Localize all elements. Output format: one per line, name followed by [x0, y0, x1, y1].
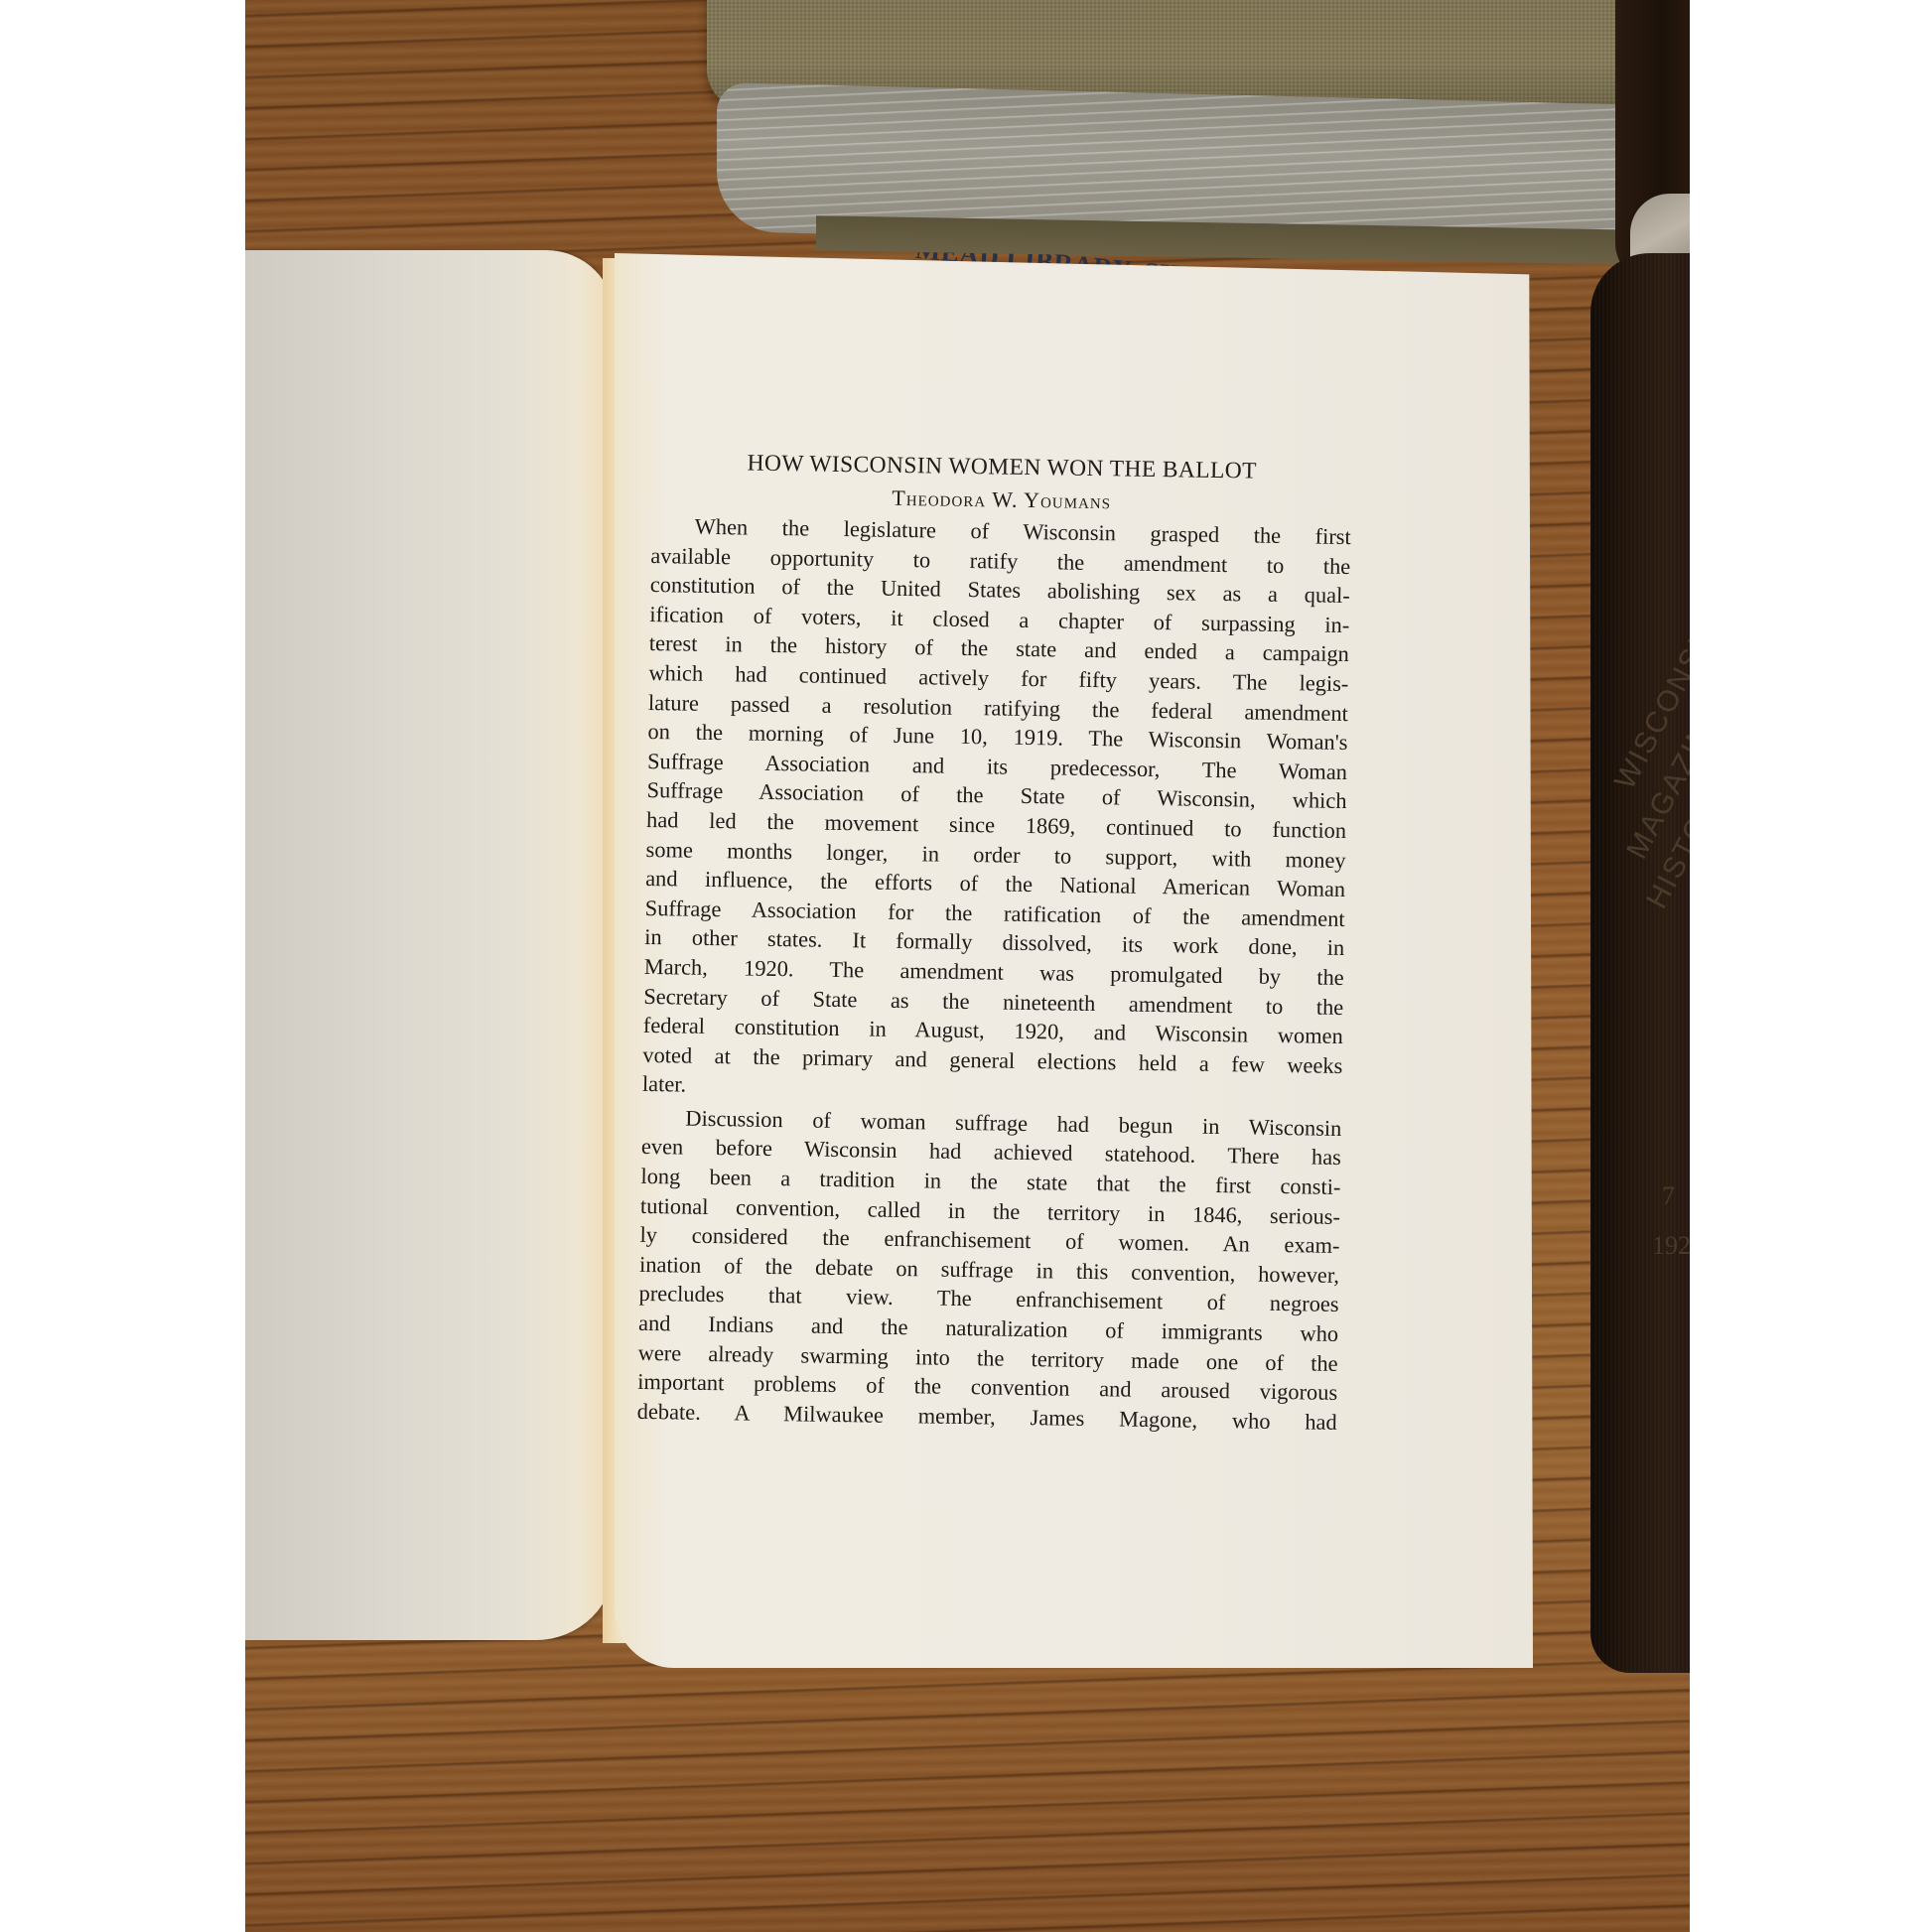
left-page-blank [245, 250, 616, 1640]
spine-years: 1923-2 [1652, 1231, 1690, 1261]
paragraph-2: Discussion of woman suffrage had begun i… [637, 1103, 1342, 1438]
photograph: MEAD LIBRARY, SHEBOYGAN, WIS. WISCONSIN … [245, 0, 1690, 1932]
open-book: HOW WISCONSIN WOMEN WON THE BALLOT Theod… [245, 238, 1536, 1648]
paragraph-1: When the legislature of Wisconsin graspe… [642, 511, 1351, 1110]
spine-volume-number: 7 [1662, 1181, 1675, 1211]
library-book: MEAD LIBRARY, SHEBOYGAN, WIS. [697, 0, 1690, 263]
dark-bound-volume: WISCONSIN MAGAZINE HISTORY 7 1923-2 [1590, 253, 1690, 1673]
page-text-block: HOW WISCONSIN WOMEN WON THE BALLOT Theod… [637, 449, 1352, 1437]
